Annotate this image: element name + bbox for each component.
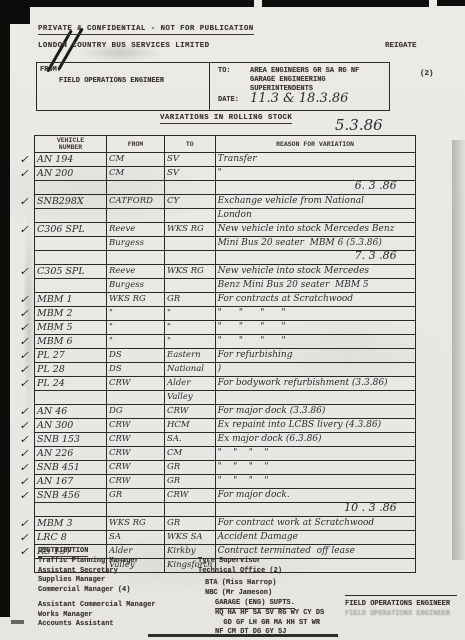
vehicle-number-cell: AN 167 — [35, 475, 107, 489]
check-mark: ✓ — [14, 377, 35, 391]
to-cell-value: " — [165, 321, 216, 335]
check-mark: ✓ — [14, 349, 35, 363]
reason-cell: Transfer — [215, 153, 415, 167]
from-cell-value: DG — [107, 405, 165, 419]
to-cell-value — [165, 251, 216, 265]
distribution-left-bottom: Assistant Commercial Manager Works Manag… — [38, 601, 156, 630]
vehicle-number-cell: MBM 3 — [35, 517, 107, 531]
check-column-header — [14, 136, 35, 153]
from-cell-value: DS — [107, 349, 165, 363]
handwritten-date-note: 6. 3 .86 — [355, 181, 397, 192]
to-recipients-line2: GARAGE ENGINEERING — [250, 76, 326, 84]
reason-text: Contract terminated off lease — [218, 546, 355, 556]
check-mark — [14, 251, 35, 265]
table-row: ✓C306 SPLReeveWKS RGNew vehicle into sto… — [14, 223, 415, 237]
vehicle-number-cell: PL 24 — [35, 377, 107, 391]
reason-cell: " " " " — [215, 461, 415, 475]
from-cell-value — [107, 503, 165, 517]
reason-cell: " " " " — [215, 307, 415, 321]
date-value-handwritten: 11.3 & 18.3.86 — [250, 91, 348, 106]
to-cell-value: WKS RG — [165, 223, 216, 237]
reason-text: ) — [218, 364, 222, 374]
to-cell-value: CY — [165, 195, 216, 209]
reason-text: " " " " — [218, 336, 286, 346]
reason-cell: Ex major dock (6.3.86) — [215, 433, 415, 447]
check-mark: ✓ — [14, 335, 35, 349]
reason-text: Exchange vehicle from National — [218, 196, 364, 206]
table-row: ✓C305 SPLReeveWKS RGNew vehicle into sto… — [14, 265, 415, 279]
reason-cell: For bodywork refurbishment (3.3.86) — [215, 377, 415, 391]
from-cell-value: CATFORD — [107, 195, 165, 209]
reason-cell: For refurbishing — [215, 349, 415, 363]
vehicle-number-cell: SNB 153 — [35, 433, 107, 447]
to-cell-value — [165, 181, 216, 195]
company-name: LONDON COUNTRY BUS SERVICES LIMITED — [38, 42, 210, 50]
vehicle-number-cell — [35, 503, 107, 517]
to-cell-value: WKS RG — [165, 265, 216, 279]
check-mark: ✓ — [14, 461, 35, 475]
reason-cell: For major dock. — [215, 489, 415, 503]
handwritten-date-note: 7. 3 .86 — [355, 251, 397, 262]
reason-text: Ex repaint into LCBS livery (4.3.86) — [218, 420, 382, 430]
from-value: FIELD OPERATIONS ENGINEER — [59, 77, 164, 85]
table-row: 10 . 3 .86 — [14, 503, 415, 517]
check-mark: ✓ — [14, 223, 35, 237]
reason-text: New vehicle into stock Mercedes Benz — [218, 224, 395, 234]
reason-cell: " — [215, 167, 415, 181]
from-to-box: FROM: FIELD OPERATIONS ENGINEER TO: AREA… — [36, 62, 390, 111]
scan-border-top-2 — [262, 0, 429, 7]
reason-text: New vehicle into stock Mercedes — [218, 266, 369, 276]
reason-text: For contracts at Scratchwood — [218, 294, 353, 304]
to-cell-value — [165, 503, 216, 517]
check-mark: ✓ — [14, 153, 35, 167]
check-mark: ✓ — [14, 293, 35, 307]
check-mark: ✓ — [14, 489, 35, 503]
to-cell-value: CM — [165, 447, 216, 461]
vehicle-number-cell: SNB 451 — [35, 461, 107, 475]
handwritten-date-heading: 5.3.86 — [335, 116, 383, 134]
vehicle-number-cell — [35, 391, 107, 405]
location-label: REIGATE — [385, 42, 417, 50]
reason-text: " " " " — [218, 476, 269, 486]
reason-text: For major dock. — [218, 490, 290, 500]
from-cell-value: CRW — [107, 377, 165, 391]
reason-cell: Accident Damage — [215, 531, 415, 545]
reason-cell: " " " " — [215, 335, 415, 349]
from-cell-value: WKS RG — [107, 293, 165, 307]
table-row: ✓SNB 451CRWGR" " " " — [14, 461, 415, 475]
vehicle-number-cell: MBM 6 — [35, 335, 107, 349]
from-cell-value: SA — [107, 531, 165, 545]
to-cell-value: GR — [165, 517, 216, 531]
from-cell-value: CRW — [107, 447, 165, 461]
vehicle-number-cell: C306 SPL — [35, 223, 107, 237]
check-mark: ✓ — [14, 405, 35, 419]
document-title: VARIATIONS IN ROLLING STOCK — [160, 114, 292, 124]
from-cell-value: CRW — [107, 433, 165, 447]
distribution-title: DISTRIBUTION — [38, 547, 88, 557]
date-label: DATE: — [218, 96, 239, 104]
vehicle-number-cell: AN 226 — [35, 447, 107, 461]
signature-title: FIELD OPERATIONS ENGINEER — [345, 600, 450, 608]
table-row: 6. 3 .86 — [14, 181, 415, 195]
vehicle-number-cell: C305 SPL — [35, 265, 107, 279]
table-row: ✓MBM 1WKS RGGRFor contracts at Scratchwo… — [14, 293, 415, 307]
from-label: FROM: — [40, 66, 61, 74]
reason-cell: New vehicle into stock Mercedes — [215, 265, 415, 279]
table-row: ✓SNB298XCATFORDCYExchange vehicle from N… — [14, 195, 415, 209]
table-row: ✓AN 226CRWCM" " " " — [14, 447, 415, 461]
reason-text: " " " " — [218, 308, 286, 318]
reason-text: " " " " — [218, 462, 269, 472]
vehicle-number-cell: SNB 456 — [35, 489, 107, 503]
to-cell-value: SA. — [165, 433, 216, 447]
reason-text: " " " " — [218, 322, 286, 332]
to-cell-value: Eastern — [165, 349, 216, 363]
check-mark: ✓ — [14, 363, 35, 377]
to-cell-value: CRW — [165, 489, 216, 503]
from-cell: FROM: FIELD OPERATIONS ENGINEER — [37, 63, 210, 110]
to-cell-value: CRW — [165, 405, 216, 419]
check-mark — [14, 391, 35, 405]
variations-table-header: VEHICLE NUMBER FROM TO REASON FOR VARIAT… — [14, 136, 415, 153]
vehicle-number-cell: PL 28 — [35, 363, 107, 377]
table-row: ✓MBM 3WKS RGGRFor contract work at Scrat… — [14, 517, 415, 531]
vehicle-number-cell: AN 200 — [35, 167, 107, 181]
col-header-vehicle: VEHICLE NUMBER — [35, 136, 107, 153]
vehicle-number-cell: AN 194 — [35, 153, 107, 167]
to-cell-value: WKS SA — [165, 531, 216, 545]
scan-border-top-3 — [437, 0, 465, 6]
reason-text: Ex major dock (6.3.86) — [218, 434, 322, 444]
reason-text: Accident Damage — [218, 532, 298, 542]
reason-cell: " " " " — [215, 475, 415, 489]
confidential-banner: PRIVATE & CONFIDENTIAL - NOT FOR PUBLICA… — [38, 25, 254, 35]
reason-cell: For contract work at Scratchwood — [215, 517, 415, 531]
reason-cell — [215, 391, 415, 405]
from-cell-value: Reeve — [107, 265, 165, 279]
to-cell-value — [165, 209, 216, 223]
copies-note: (2) — [420, 70, 434, 78]
reason-text: For major dock (3.3.86) — [218, 406, 326, 416]
table-row: ✓PL 28DSNational) — [14, 363, 415, 377]
from-cell-value: " — [107, 321, 165, 335]
distribution-left-top: Traffic Planning Manager Assistant Secre… — [38, 557, 139, 595]
check-mark: ✓ — [14, 433, 35, 447]
col-header-from: FROM — [107, 136, 165, 153]
from-cell-value — [107, 391, 165, 405]
check-mark — [14, 209, 35, 223]
garage-codes: HQ HA HF SA SV RG WY CY DS GD GF LH GR M… — [215, 609, 324, 638]
reason-text: " " " " — [218, 448, 269, 458]
from-cell-value — [107, 181, 165, 195]
check-mark: ✓ — [14, 475, 35, 489]
vehicle-number-cell: PL 27 — [35, 349, 107, 363]
check-mark: ✓ — [14, 531, 35, 545]
check-mark: ✓ — [14, 195, 35, 209]
vehicle-number-cell — [35, 279, 107, 293]
from-cell-value — [107, 251, 165, 265]
to-cell-value — [165, 237, 216, 251]
to-cell-value: " — [165, 335, 216, 349]
table-row: 7. 3 .86 — [14, 251, 415, 265]
reason-text: London — [218, 210, 252, 220]
check-mark — [14, 237, 35, 251]
table-row: ✓PL 24CRWAlderFor bodywork refurbishment… — [14, 377, 415, 391]
from-cell-value: CRW — [107, 475, 165, 489]
to-cell-value: SV — [165, 167, 216, 181]
reason-cell: ) — [215, 363, 415, 377]
from-cell-value: " — [107, 307, 165, 321]
vehicle-number-cell: SNB298X — [35, 195, 107, 209]
scan-mark-bottom-left — [11, 620, 24, 624]
reason-cell: Ex repaint into LCBS livery (4.3.86) — [215, 419, 415, 433]
to-cell-value: " — [165, 307, 216, 321]
vehicle-number-cell: AN 46 — [35, 405, 107, 419]
check-mark — [14, 503, 35, 517]
table-row: ✓MBM 2""" " " " — [14, 307, 415, 321]
reason-text: For bodywork refurbishment (3.3.86) — [218, 378, 388, 388]
reason-cell: For major dock (3.3.86) — [215, 405, 415, 419]
reason-cell: " " " " — [215, 447, 415, 461]
reason-text: For contract work at Scratchwood — [218, 518, 375, 528]
reason-cell: Benz Mini Bus 20 seater MBM 5 — [215, 279, 415, 293]
check-mark: ✓ — [14, 321, 35, 335]
vehicle-number-cell — [35, 251, 107, 265]
reason-cell: 7. 3 .86 — [215, 251, 415, 265]
from-cell-value: CRW — [107, 419, 165, 433]
table-row: ✓SNB 153CRWSA.Ex major dock (6.3.86) — [14, 433, 415, 447]
vehicle-number-cell: MBM 2 — [35, 307, 107, 321]
table-row: BurgessMini Bus 20 seater MBM 6 (5.3.86) — [14, 237, 415, 251]
from-cell-value: CRW — [107, 461, 165, 475]
to-label: TO: — [218, 67, 231, 75]
check-mark: ✓ — [14, 419, 35, 433]
reason-text: Mini Bus 20 seater MBM 6 (5.3.86) — [218, 238, 382, 248]
vehicle-number-cell: MBM 5 — [35, 321, 107, 335]
to-cell-value: National — [165, 363, 216, 377]
table-row: Valley — [14, 391, 415, 405]
to-cell-value: GR — [165, 293, 216, 307]
check-mark — [14, 279, 35, 293]
reason-cell: 10 . 3 .86 — [215, 503, 415, 517]
from-cell-value: CM — [107, 167, 165, 181]
reason-text: Benz Mini Bus 20 seater MBM 5 — [218, 280, 369, 290]
reason-text: " — [218, 168, 222, 178]
scan-border-top-1 — [30, 0, 254, 7]
scan-border-left — [0, 0, 10, 617]
table-row: ✓AN 46DGCRWFor major dock (3.3.86) — [14, 405, 415, 419]
garage-supts-header: GARAGE (ENG) SUPTS. — [215, 599, 295, 609]
distribution-mid-top: Tyre Supervisor Technical Office (2) — [198, 557, 282, 576]
signature-title-ghost: FIELD OPERATIONS ENGINEER — [345, 610, 450, 618]
table-row: ✓AN 200CMSV" — [14, 167, 415, 181]
from-cell-value: GR — [107, 489, 165, 503]
handwritten-date-note: 10 . 3 .86 — [344, 503, 396, 514]
table-row: ✓AN 300CRWHCMEx repaint into LCBS livery… — [14, 419, 415, 433]
to-cell-value: GR — [165, 461, 216, 475]
reason-text: Transfer — [218, 154, 257, 164]
from-cell-value: Burgess — [107, 237, 165, 251]
reason-cell: London — [215, 209, 415, 223]
table-row: ✓LRC 8SAWKS SAAccident Damage — [14, 531, 415, 545]
to-cell-value: GR — [165, 475, 216, 489]
check-mark — [14, 181, 35, 195]
check-mark: ✓ — [14, 307, 35, 321]
vehicle-number-cell: LRC 8 — [35, 531, 107, 545]
from-cell-value: WKS RG — [107, 517, 165, 531]
table-row: ✓AN 194CMSVTransfer — [14, 153, 415, 167]
to-cell-value: HCM — [165, 419, 216, 433]
to-recipients-line1: AREA ENGINEERS GR SA RG NF — [250, 67, 359, 75]
to-cell-value: Alder — [165, 377, 216, 391]
reason-cell: Exchange vehicle from National — [215, 195, 415, 209]
table-row: ✓SNB 456GRCRWFor major dock. — [14, 489, 415, 503]
from-cell-value: Reeve — [107, 223, 165, 237]
to-cell-value: Valley — [165, 391, 216, 405]
signature-line — [345, 595, 457, 596]
variations-table: VEHICLE NUMBER FROM TO REASON FOR VARIAT… — [14, 135, 416, 573]
scan-edge-right — [452, 140, 465, 560]
vehicle-number-cell — [35, 237, 107, 251]
from-cell-value: CM — [107, 153, 165, 167]
col-header-reason: REASON FOR VARIATION — [215, 136, 415, 153]
distribution-contacts: BTA (Miss Harrop) NBC (Mr Jameson) — [205, 579, 276, 598]
from-cell-value — [107, 209, 165, 223]
scan-corner-top-left — [0, 0, 30, 24]
reason-cell: 6. 3 .86 — [215, 181, 415, 195]
reason-text: For refurbishing — [218, 350, 293, 360]
check-mark: ✓ — [14, 447, 35, 461]
table-row: ✓MBM 6""" " " " — [14, 335, 415, 349]
to-cell-value: SV — [165, 153, 216, 167]
to-cell-value — [165, 279, 216, 293]
table-row: BurgessBenz Mini Bus 20 seater MBM 5 — [14, 279, 415, 293]
scanned-document-page: PRIVATE & CONFIDENTIAL - NOT FOR PUBLICA… — [0, 0, 465, 640]
reason-cell: " " " " — [215, 321, 415, 335]
reason-cell: For contracts at Scratchwood — [215, 293, 415, 307]
vehicle-number-cell: AN 300 — [35, 419, 107, 433]
table-row: ✓PL 27DSEasternFor refurbishing — [14, 349, 415, 363]
reason-cell: Mini Bus 20 seater MBM 6 (5.3.86) — [215, 237, 415, 251]
vehicle-number-cell: MBM 1 — [35, 293, 107, 307]
check-mark: ✓ — [14, 167, 35, 181]
check-mark: ✓ — [14, 545, 35, 559]
to-cell: TO: AREA ENGINEERS GR SA RG NF GARAGE EN… — [210, 63, 389, 110]
check-mark: ✓ — [14, 265, 35, 279]
vehicle-number-cell — [35, 181, 107, 195]
table-row: London — [14, 209, 415, 223]
check-mark — [14, 559, 35, 573]
check-mark: ✓ — [14, 517, 35, 531]
from-cell-value: Burgess — [107, 279, 165, 293]
from-cell-value: DS — [107, 363, 165, 377]
table-row: ✓MBM 5""" " " " — [14, 321, 415, 335]
from-cell-value: " — [107, 335, 165, 349]
vehicle-number-cell — [35, 209, 107, 223]
reason-cell: New vehicle into stock Mercedes Benz — [215, 223, 415, 237]
col-header-to: TO — [165, 136, 216, 153]
table-row: ✓AN 167CRWGR" " " " — [14, 475, 415, 489]
